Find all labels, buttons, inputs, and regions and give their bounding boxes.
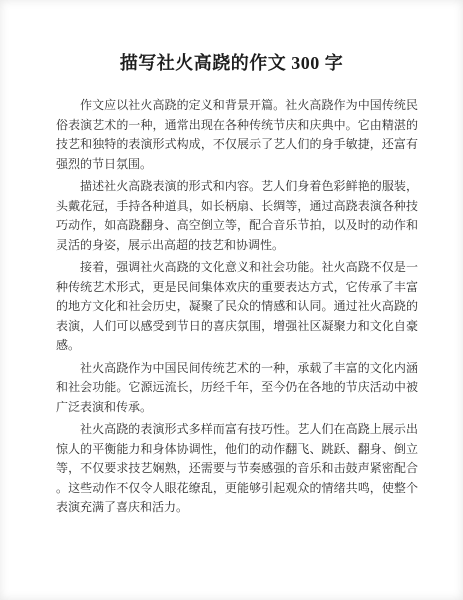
paragraph-cultural-meaning: 接着，强调社火高跷的文化意义和社会功能。社火高跷不仅是一种传统艺术形式，更是民间… [56,258,418,356]
document-body: 作文应以社火高跷的定义和背景开篇。社火高跷作为中国传统民俗表演艺术的一种，通常出… [56,96,418,518]
paragraph-skills-conclusion: 社火高跷的表演形式多样而富有技巧性。艺人们在高跷上展示出惊人的平衡能力和身体协调… [56,420,418,518]
paragraph-performance-form: 描述社火高跷表演的形式和内容。艺人们身着色彩鲜艳的服装，头戴花冠，手持各种道具，… [56,177,418,255]
document-page: 描写社火高跷的作文 300 字 作文应以社火高跷的定义和背景开篇。社火高跷作为中… [0,0,463,600]
document-title: 描写社火高跷的作文 300 字 [0,0,463,76]
paragraph-heritage: 社火高跷作为中国民间传统艺术的一种，承载了丰富的文化内涵和社会功能。它源远流长，… [56,359,418,418]
paragraph-intro: 作文应以社火高跷的定义和背景开篇。社火高跷作为中国传统民俗表演艺术的一种，通常出… [56,96,418,174]
